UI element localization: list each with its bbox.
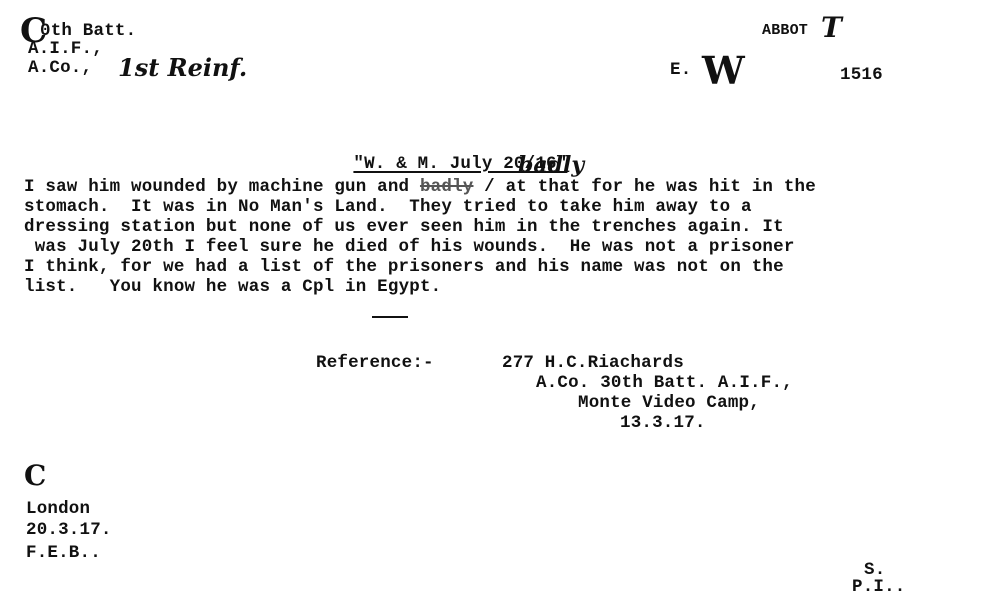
rank-word: Cpl [302,277,334,297]
footer-right-initials: P.I.. [852,578,906,596]
footer-city: London [26,500,90,518]
statement-line: I think, for we had a list of the prison… [24,258,784,276]
company-line: A.Co., [28,59,92,77]
footer-date: 20.3.17. [26,521,112,539]
statement-line: stomach. It was in No Man's Land. They t… [24,198,752,216]
case-code: E. [670,61,691,79]
statement-line: dressing station but none of us ever see… [24,218,784,236]
footer-initials: F.E.B.. [26,544,101,562]
rank-underline [372,316,408,318]
reference-date: 13.3.17. [620,414,706,432]
struck-word: badly [420,177,474,197]
inserted-correction: badly [518,154,584,176]
c-stamp-icon: C [24,462,46,490]
informant-location: Monte Video Camp, [578,394,760,412]
force-line: A.I.F., [28,40,103,58]
unit-line: 0th Batt. [40,22,136,40]
informant-name: 277 H.C.Riachards [502,354,684,372]
case-code-handwritten: W [702,52,745,90]
reference-label: Reference:- [316,354,434,372]
surname-handwritten-suffix: T [821,14,842,42]
informant-unit: A.Co. 30th Batt. A.I.F., [536,374,793,392]
statement-line: I saw him wounded by machine gun and bad… [24,178,816,196]
statement-line: was July 20th I feel sure he died of his… [24,238,795,256]
soldier-surname: ABBOT [762,22,808,40]
statement-line: list. You know he was a Cpl in Egypt. [24,278,441,296]
company-handwritten-note: 1st Reinf. [118,56,247,80]
service-number: 1516 [840,66,883,84]
